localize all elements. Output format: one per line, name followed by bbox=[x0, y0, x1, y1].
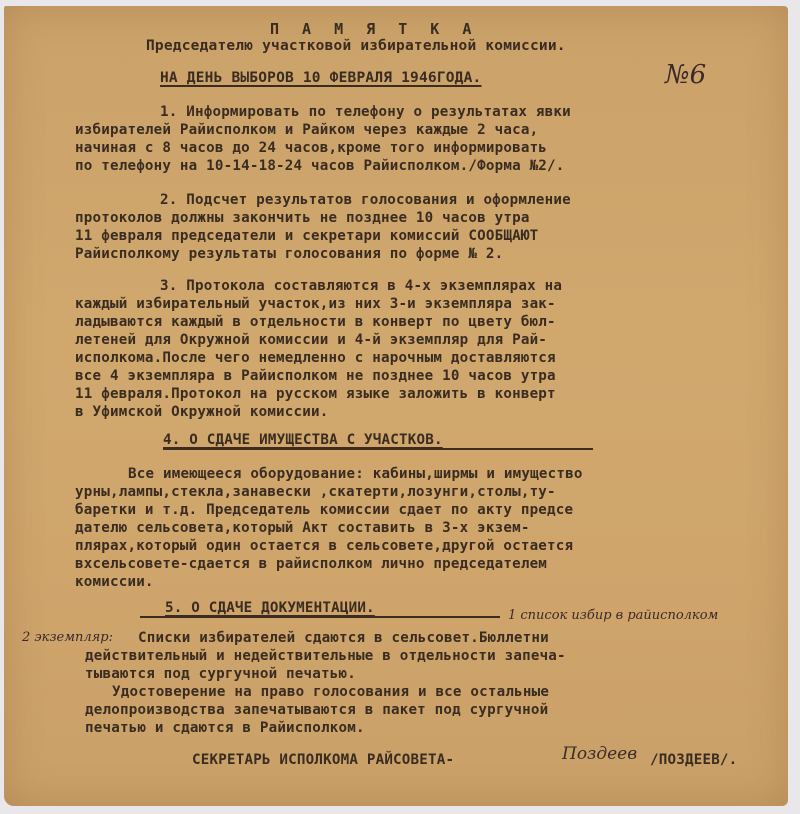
document-title: П А М Я Т К А bbox=[270, 20, 478, 38]
paragraph-3-line: 11 февраля.Протокол на русском языке зал… bbox=[75, 386, 556, 402]
paragraph-2-line: Райисполкому результаты голосования по ф… bbox=[75, 246, 503, 262]
handwritten-number: №6 bbox=[665, 60, 706, 90]
section-4-underline bbox=[163, 448, 593, 450]
section-4-line: Все имеющееся оборудование: кабины,ширмы… bbox=[128, 466, 583, 482]
section-5-line: тываются под сургучной печатью. bbox=[85, 666, 356, 682]
section-5-heading: 5. О СДАЧЕ ДОКУМЕНТАЦИИ. bbox=[165, 600, 375, 616]
section-4-line: плярах,который один остается в сельсовет… bbox=[75, 538, 573, 554]
handwritten-margin-note: 2 экземпляр: bbox=[22, 630, 113, 645]
signature-name: /ПОЗДЕЕВ/. bbox=[650, 752, 737, 768]
section-4-heading: 4. О СДАЧЕ ИМУЩЕСТВА С УЧАСТКОВ. bbox=[163, 432, 443, 448]
paragraph-3-line: в Уфимской Окружной комиссии. bbox=[75, 404, 329, 420]
section-4-line: вхсельсовете-сдается в райисполком лично… bbox=[75, 556, 547, 572]
section-4-line: баретки и т.д. Председатель комиссии сда… bbox=[75, 502, 573, 518]
paragraph-2-line: 2. Подсчет результатов голосования и офо… bbox=[160, 192, 571, 208]
paragraph-3-line: все 4 экземпляра в Райисполком не поздне… bbox=[75, 368, 556, 384]
section-5-underline bbox=[140, 616, 500, 618]
paragraph-3-line: 3. Протокола составляются в 4-х экземпля… bbox=[160, 278, 562, 294]
paragraph-1-line: 1. Информировать по телефону о результат… bbox=[160, 104, 571, 120]
paragraph-2-line: протоколов должны закончить не позднее 1… bbox=[75, 210, 530, 226]
handwritten-signature: Поздеев bbox=[562, 744, 637, 764]
section-4-line: комиссии. bbox=[75, 574, 154, 590]
paragraph-1-line: по телефону на 10-14-18-24 часов Райиспо… bbox=[75, 158, 565, 174]
paragraph-3-line: исполкома.После чего немедленно с нарочн… bbox=[75, 350, 556, 366]
paragraph-2-line: 11 февраля председатели и секретари коми… bbox=[75, 228, 538, 244]
section-5-line: печатью и сдаются в Райисполком. bbox=[85, 720, 365, 736]
section-4-line: урны,лампы,стекла,занавески ,скатерти,ло… bbox=[75, 484, 556, 500]
section-4-line: дателю сельсовета,который Акт составить … bbox=[75, 520, 530, 536]
section-5-line: Удостоверение на право голосования и все… bbox=[112, 684, 549, 700]
signature-label: СЕКРЕТАРЬ ИСПОЛКОМА РАЙСОВЕТА- bbox=[192, 752, 454, 768]
paragraph-1-line: начиная с 8 часов до 24 часов,кроме того… bbox=[75, 140, 547, 156]
paragraph-1-line: избирателей Райисполком и Райком через к… bbox=[75, 122, 538, 138]
paragraph-3-line: летеней для Окружной комиссии и 4-й экзе… bbox=[75, 332, 547, 348]
date-line: НА ДЕНЬ ВЫБОРОВ 10 ФЕВРАЛЯ 1946ГОДА. bbox=[160, 70, 481, 86]
document-subtitle: Председателю участковой избирательной ко… bbox=[146, 38, 566, 54]
section-5-line: действительный и недействительные в отде… bbox=[85, 648, 566, 664]
paragraph-3-line: каждый избирательный участок,из них 3-и … bbox=[75, 296, 556, 312]
paragraph-3-line: ладываются каждый в отдельности в конвер… bbox=[75, 314, 556, 330]
handwritten-insert: 1 список избир в райисполком bbox=[508, 608, 718, 623]
section-5-line: делопроизводства запечатываются в пакет … bbox=[85, 702, 548, 718]
section-5-line: Списки избирателей сдаются в сельсовет.Б… bbox=[138, 630, 549, 646]
